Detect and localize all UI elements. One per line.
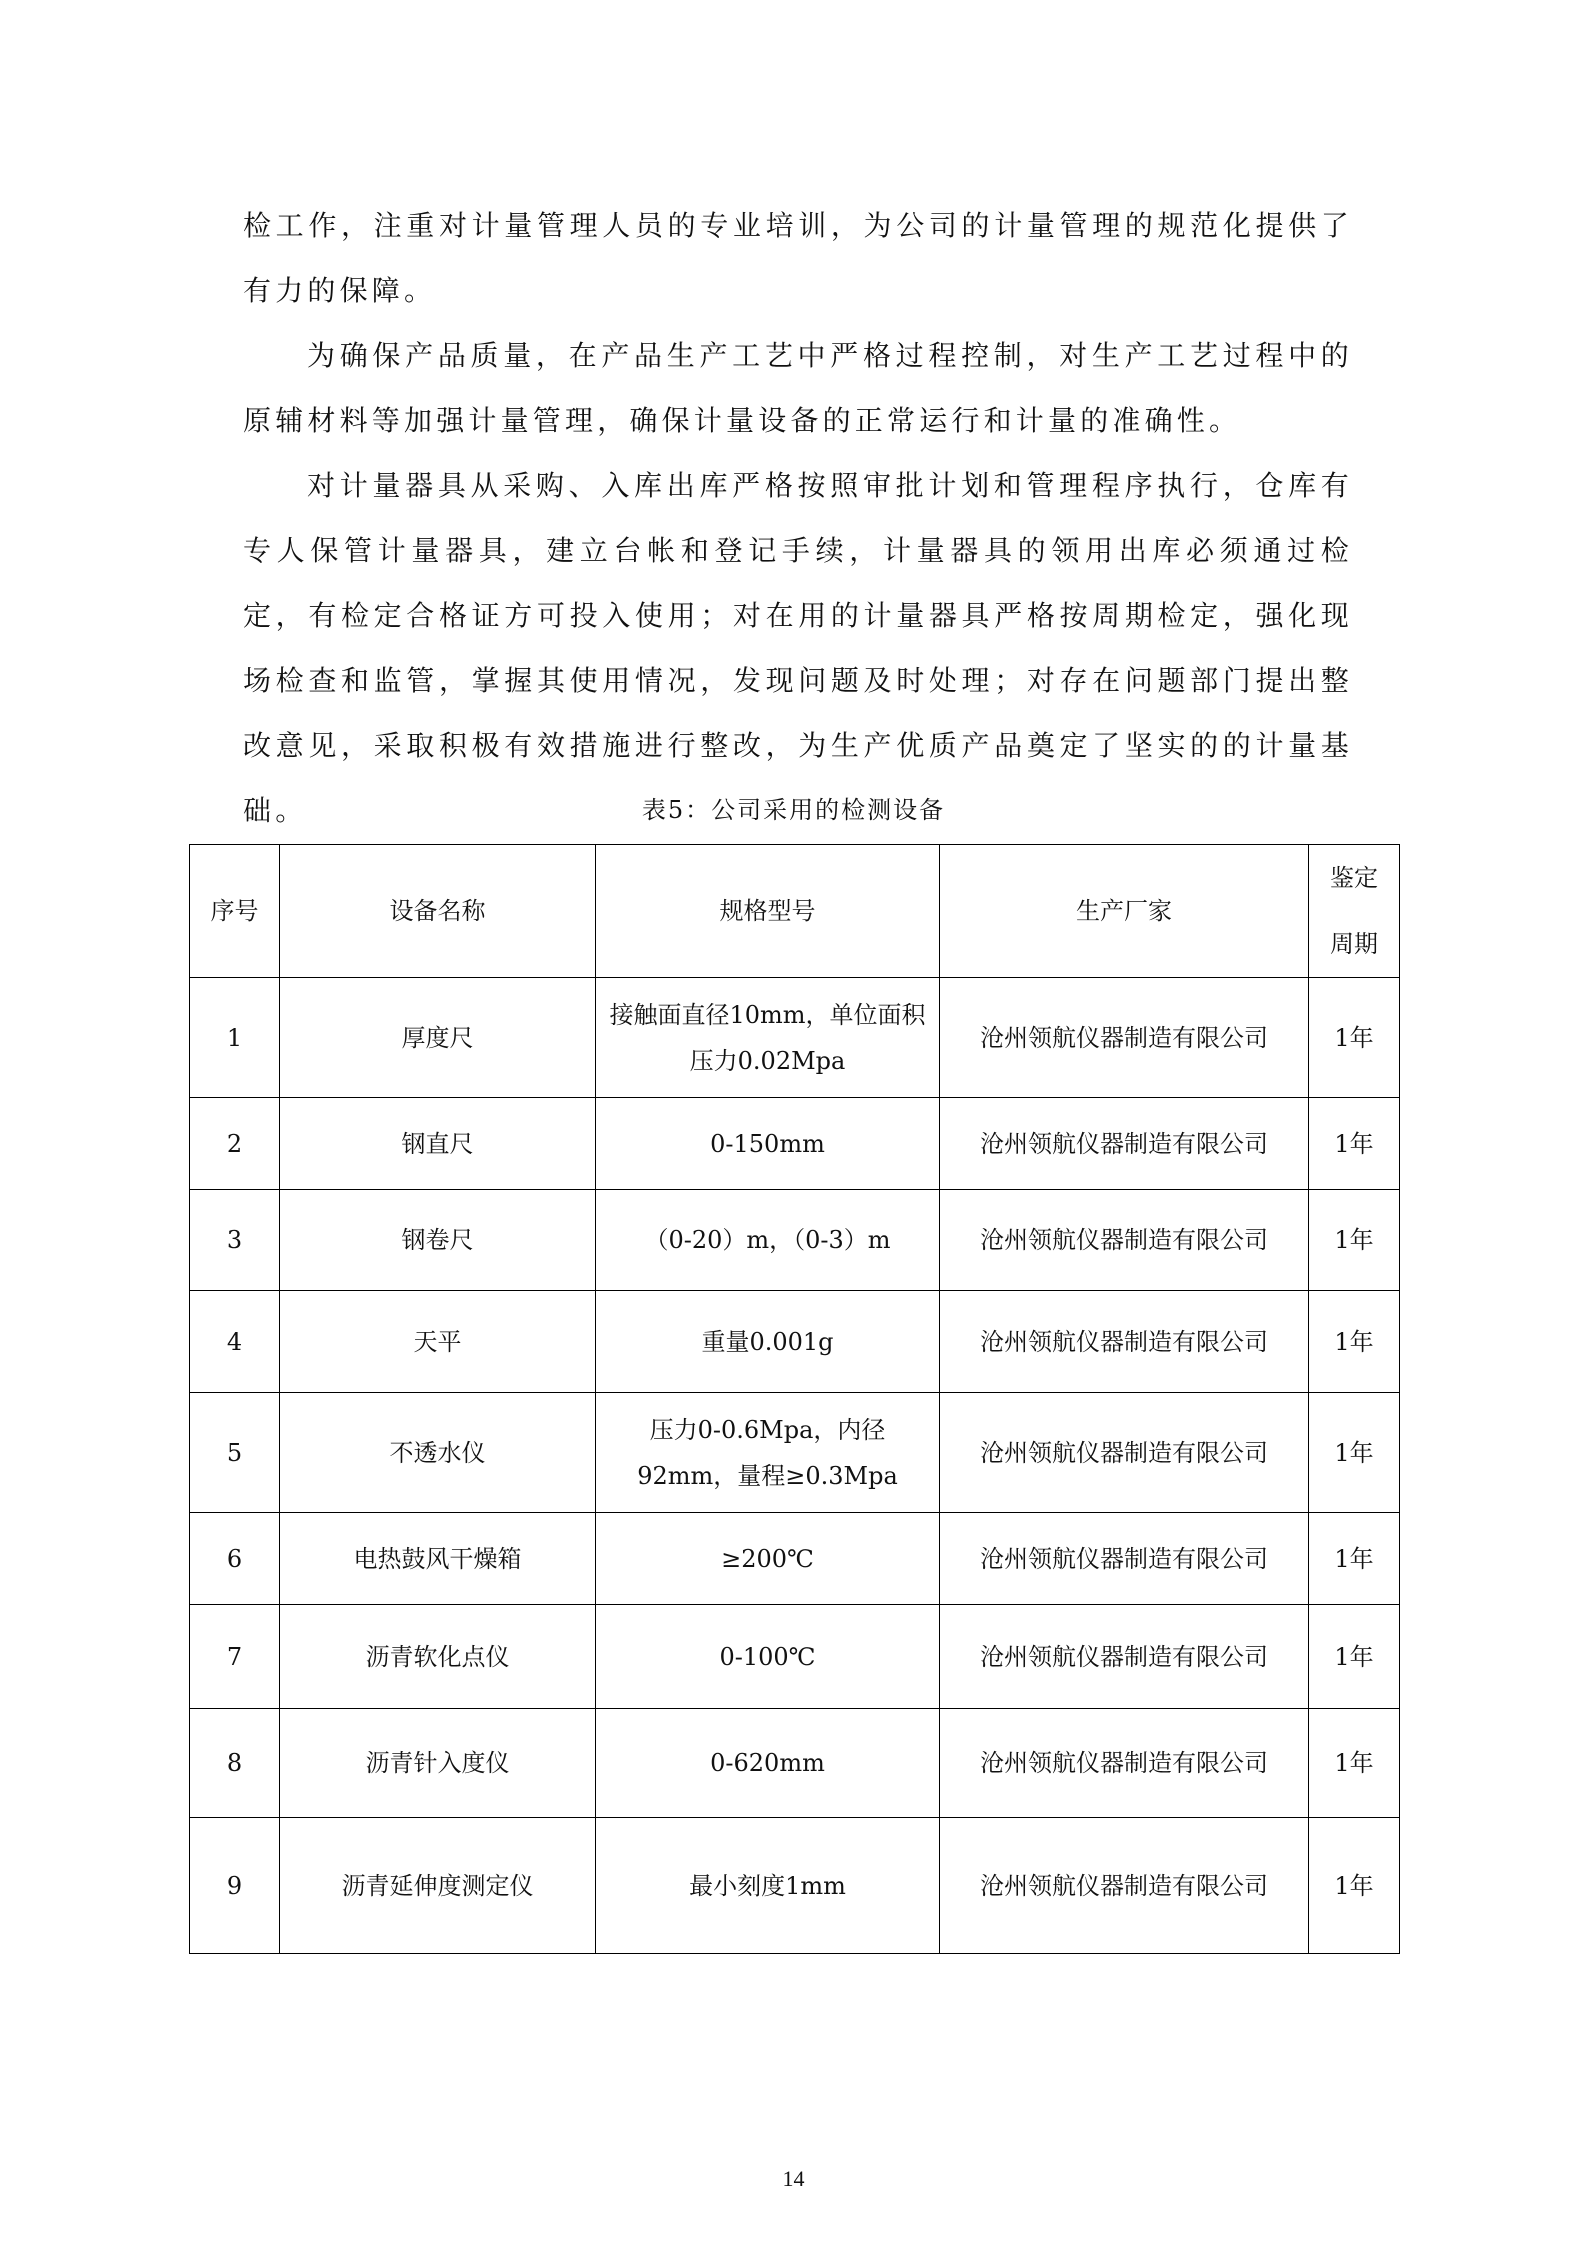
cell-index: 1: [190, 978, 280, 1098]
cell-period: 1年: [1309, 1513, 1400, 1605]
cell-index: 8: [190, 1709, 280, 1818]
cell-index: 5: [190, 1393, 280, 1513]
cell-manufacturer: 沧州领航仪器制造有限公司: [940, 1513, 1309, 1605]
paragraph-2: 为确保产品质量，在产品生产工艺中严格过程控制，对生产工艺过程中的原辅材料等加强计…: [243, 323, 1353, 453]
cell-manufacturer: 沧州领航仪器制造有限公司: [940, 1190, 1309, 1291]
cell-spec: 接触面直径10mm，单位面积压力0.02Mpa: [596, 978, 940, 1098]
cell-index: 9: [190, 1818, 280, 1954]
cell-manufacturer: 沧州领航仪器制造有限公司: [940, 1098, 1309, 1190]
cell-period: 1年: [1309, 1098, 1400, 1190]
cell-device-name: 钢直尺: [280, 1098, 596, 1190]
table-row: 4 天平 重量0.001g 沧州领航仪器制造有限公司 1年: [190, 1291, 1400, 1393]
equipment-table: 序号 设备名称 规格型号 生产厂家 鉴定周期 1 厚度尺 接触面直径10mm，单…: [189, 844, 1400, 1954]
header-device-name: 设备名称: [280, 845, 596, 978]
cell-spec: 压力0-0.6Mpa，内径92mm，量程≥0.3Mpa: [596, 1393, 940, 1513]
cell-index: 6: [190, 1513, 280, 1605]
cell-spec: ≥200℃: [596, 1513, 940, 1605]
paragraph-1: 检工作，注重对计量管理人员的专业培训，为公司的计量管理的规范化提供了有力的保障。: [243, 193, 1353, 323]
cell-device-name: 电热鼓风干燥箱: [280, 1513, 596, 1605]
cell-manufacturer: 沧州领航仪器制造有限公司: [940, 1709, 1309, 1818]
cell-index: 7: [190, 1605, 280, 1709]
cell-period: 1年: [1309, 1709, 1400, 1818]
table-row: 5 不透水仪 压力0-0.6Mpa，内径92mm，量程≥0.3Mpa 沧州领航仪…: [190, 1393, 1400, 1513]
table-row: 7 沥青软化点仪 0-100℃ 沧州领航仪器制造有限公司 1年: [190, 1605, 1400, 1709]
table-row: 2 钢直尺 0-150mm 沧州领航仪器制造有限公司 1年: [190, 1098, 1400, 1190]
table-caption: 表5：公司采用的检测设备: [0, 790, 1587, 825]
cell-index: 2: [190, 1098, 280, 1190]
cell-spec: 最小刻度1mm: [596, 1818, 940, 1954]
cell-manufacturer: 沧州领航仪器制造有限公司: [940, 978, 1309, 1098]
cell-manufacturer: 沧州领航仪器制造有限公司: [940, 1393, 1309, 1513]
cell-device-name: 沥青延伸度测定仪: [280, 1818, 596, 1954]
table-row: 1 厚度尺 接触面直径10mm，单位面积压力0.02Mpa 沧州领航仪器制造有限…: [190, 978, 1400, 1098]
table-row: 9 沥青延伸度测定仪 最小刻度1mm 沧州领航仪器制造有限公司 1年: [190, 1818, 1400, 1954]
cell-device-name: 沥青软化点仪: [280, 1605, 596, 1709]
cell-period: 1年: [1309, 1605, 1400, 1709]
cell-spec: （0-20）m，（0-3）m: [596, 1190, 940, 1291]
cell-device-name: 厚度尺: [280, 978, 596, 1098]
cell-spec: 0-620mm: [596, 1709, 940, 1818]
cell-period: 1年: [1309, 1818, 1400, 1954]
cell-period: 1年: [1309, 1393, 1400, 1513]
cell-spec: 0-150mm: [596, 1098, 940, 1190]
cell-device-name: 天平: [280, 1291, 596, 1393]
page-number: 14: [0, 2166, 1587, 2192]
header-manufacturer: 生产厂家: [940, 845, 1309, 978]
cell-device-name: 钢卷尺: [280, 1190, 596, 1291]
cell-index: 3: [190, 1190, 280, 1291]
cell-manufacturer: 沧州领航仪器制造有限公司: [940, 1291, 1309, 1393]
cell-period: 1年: [1309, 1190, 1400, 1291]
paragraph-3: 对计量器具从采购、入库出库严格按照审批计划和管理程序执行，仓库有专人保管计量器具…: [243, 453, 1353, 843]
cell-manufacturer: 沧州领航仪器制造有限公司: [940, 1605, 1309, 1709]
cell-device-name: 沥青针入度仪: [280, 1709, 596, 1818]
cell-device-name: 不透水仪: [280, 1393, 596, 1513]
header-spec: 规格型号: [596, 845, 940, 978]
cell-index: 4: [190, 1291, 280, 1393]
header-index: 序号: [190, 845, 280, 978]
header-calibration-period: 鉴定周期: [1309, 845, 1400, 978]
table-row: 3 钢卷尺 （0-20）m，（0-3）m 沧州领航仪器制造有限公司 1年: [190, 1190, 1400, 1291]
table-row: 6 电热鼓风干燥箱 ≥200℃ 沧州领航仪器制造有限公司 1年: [190, 1513, 1400, 1605]
cell-manufacturer: 沧州领航仪器制造有限公司: [940, 1818, 1309, 1954]
cell-spec: 0-100℃: [596, 1605, 940, 1709]
cell-period: 1年: [1309, 1291, 1400, 1393]
cell-spec: 重量0.001g: [596, 1291, 940, 1393]
cell-period: 1年: [1309, 978, 1400, 1098]
table-row: 8 沥青针入度仪 0-620mm 沧州领航仪器制造有限公司 1年: [190, 1709, 1400, 1818]
table-header-row: 序号 设备名称 规格型号 生产厂家 鉴定周期: [190, 845, 1400, 978]
